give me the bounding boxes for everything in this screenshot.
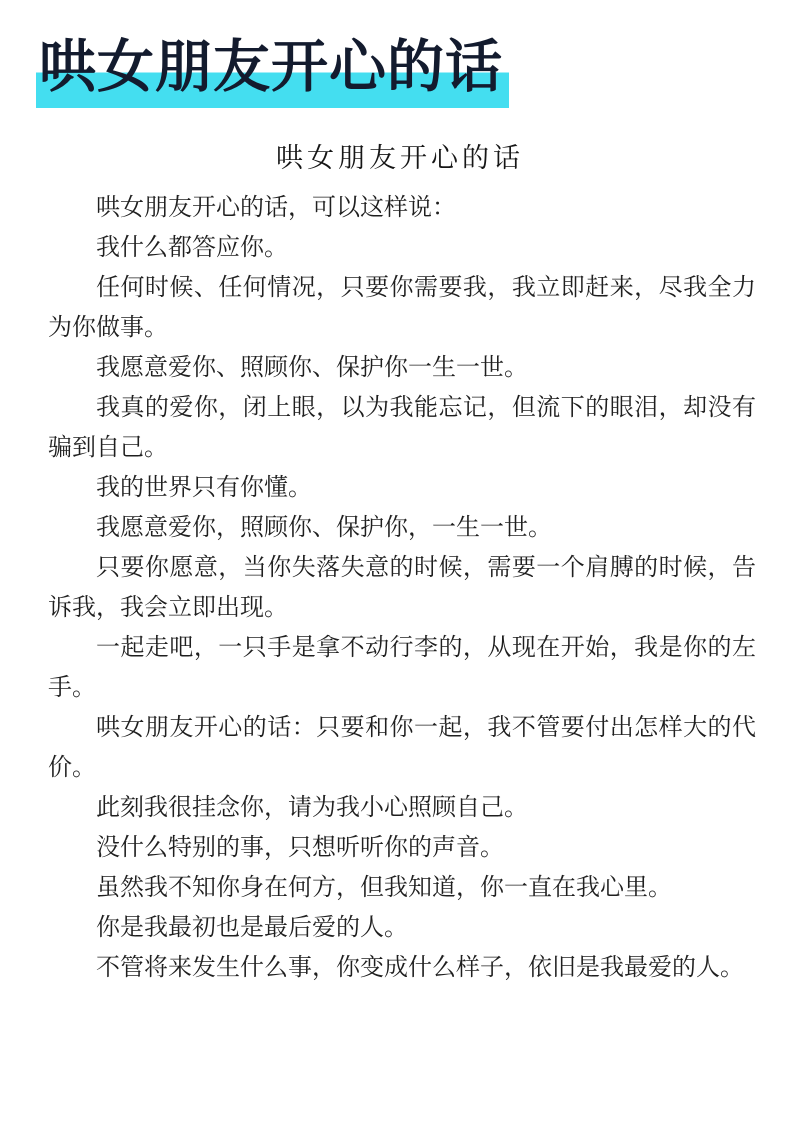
document-page: 哄女朋友开心的话 哄女朋友开心的话 哄女朋友开心的话，可以这样说： 我什么都答应… — [0, 0, 800, 1134]
paragraph: 此刻我很挂念你，请为我小心照顾自己。 — [48, 788, 756, 828]
section-heading: 哄女朋友开心的话 — [0, 136, 800, 175]
paragraph: 一起走吧，一只手是拿不动行李的，从现在开始，我是你的左手。 — [48, 628, 756, 708]
paragraph: 哄女朋友开心的话：只要和你一起，我不管要付出怎样大的代价。 — [48, 708, 756, 788]
paragraph: 只要你愿意，当你失落失意的时候，需要一个肩膊的时候，告诉我，我会立即出现。 — [48, 548, 756, 628]
paragraph: 不管将来发生什么事，你变成什么样子，依旧是我最爱的人。 — [48, 948, 756, 988]
paragraph: 我的世界只有你懂。 — [48, 468, 756, 508]
document-body: 哄女朋友开心的话，可以这样说： 我什么都答应你。 任何时候、任何情况，只要你需要… — [48, 188, 756, 988]
headline-block: 哄女朋友开心的话 — [0, 0, 800, 108]
paragraph: 我愿意爱你、照顾你、保护你一生一世。 — [48, 348, 756, 388]
paragraph: 我愿意爱你，照顾你、保护你，一生一世。 — [48, 508, 756, 548]
paragraph: 我什么都答应你。 — [48, 228, 756, 268]
paragraph: 我真的爱你，闭上眼，以为我能忘记，但流下的眼泪，却没有骗到自己。 — [48, 388, 756, 468]
paragraph: 虽然我不知你身在何方，但我知道，你一直在我心里。 — [48, 868, 756, 908]
paragraph: 没什么特别的事，只想听听你的声音。 — [48, 828, 756, 868]
paragraph: 你是我最初也是最后爱的人。 — [48, 908, 756, 948]
paragraph: 任何时候、任何情况，只要你需要我，我立即赶来，尽我全力为你做事。 — [48, 268, 756, 348]
document-title-highlighted: 哄女朋友开心的话 — [36, 34, 509, 108]
paragraph: 哄女朋友开心的话，可以这样说： — [48, 188, 756, 228]
